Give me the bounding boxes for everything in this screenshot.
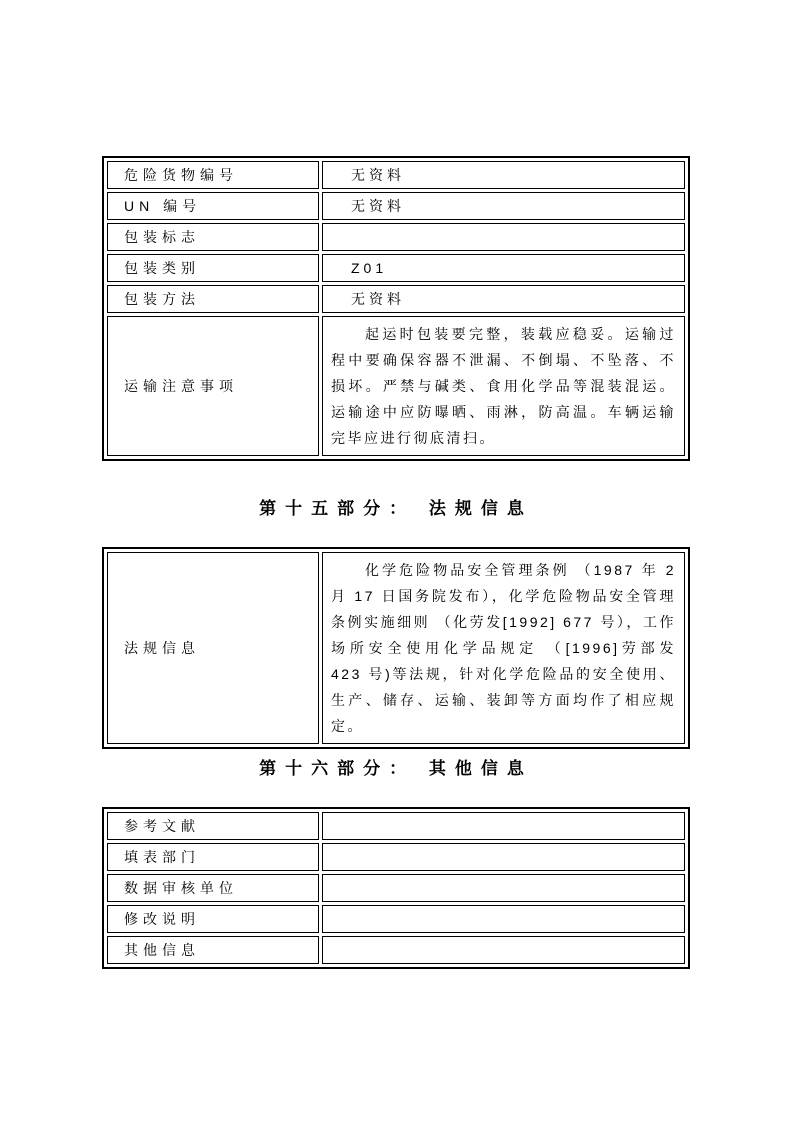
- row-label-packaging-method: 包装方法: [107, 285, 319, 313]
- table-row: 填表部门: [107, 843, 685, 871]
- table-row: 参考文献: [107, 812, 685, 840]
- row-value-un-number: 无资料: [322, 192, 685, 220]
- row-value-regulatory-info: 化学危险物品安全管理条例 （1987 年 2 月 17 日国务院发布），化学危险…: [322, 552, 685, 744]
- row-label-regulatory-info: 法规信息: [107, 552, 319, 744]
- row-label-packaging-category: 包装类别: [107, 254, 319, 282]
- table-row: 包装类别 Z01: [107, 254, 685, 282]
- row-label-other-info: 其他信息: [107, 936, 319, 964]
- section-15-heading: 第十五部分： 法规信息: [102, 497, 690, 521]
- table-row: 修改说明: [107, 905, 685, 933]
- row-label-data-review-unit: 数据审核单位: [107, 874, 319, 902]
- table-row: 运输注意事项 起运时包装要完整，装载应稳妥。运输过程中要确保容器不泄漏、不倒塌、…: [107, 316, 685, 456]
- row-label-packaging-mark: 包装标志: [107, 223, 319, 251]
- row-value-form-filling-department: [322, 843, 685, 871]
- table-row: 其他信息: [107, 936, 685, 964]
- page-content: 危险货物编号 无资料 UN 编号 无资料 包装标志 包装类别 Z01 包装方法: [102, 156, 690, 969]
- row-value-packaging-category: Z01: [322, 254, 685, 282]
- document-page: 危险货物编号 无资料 UN 编号 无资料 包装标志 包装类别 Z01 包装方法: [0, 0, 793, 1122]
- row-value-packaging-mark: [322, 223, 685, 251]
- regulatory-info-table: 法规信息 化学危险物品安全管理条例 （1987 年 2 月 17 日国务院发布）…: [102, 547, 690, 749]
- row-label-references: 参考文献: [107, 812, 319, 840]
- table-row: 包装方法 无资料: [107, 285, 685, 313]
- transport-info-table: 危险货物编号 无资料 UN 编号 无资料 包装标志 包装类别 Z01 包装方法: [102, 156, 690, 461]
- section-16-heading: 第十六部分： 其他信息: [102, 757, 690, 781]
- row-value-packaging-method: 无资料: [322, 285, 685, 313]
- table-row: UN 编号 无资料: [107, 192, 685, 220]
- row-value-dangerous-goods-number: 无资料: [322, 161, 685, 189]
- row-value-references: [322, 812, 685, 840]
- table-row: 危险货物编号 无资料: [107, 161, 685, 189]
- row-value-transport-precautions: 起运时包装要完整，装载应稳妥。运输过程中要确保容器不泄漏、不倒塌、不坠落、不损坏…: [322, 316, 685, 456]
- row-value-revision-notes: [322, 905, 685, 933]
- row-label-dangerous-goods-number: 危险货物编号: [107, 161, 319, 189]
- row-label-transport-precautions: 运输注意事项: [107, 316, 319, 456]
- row-label-un-number: UN 编号: [107, 192, 319, 220]
- row-label-form-filling-department: 填表部门: [107, 843, 319, 871]
- table-row: 包装标志: [107, 223, 685, 251]
- row-value-data-review-unit: [322, 874, 685, 902]
- row-label-revision-notes: 修改说明: [107, 905, 319, 933]
- table-row: 数据审核单位: [107, 874, 685, 902]
- row-value-other-info: [322, 936, 685, 964]
- other-info-table: 参考文献 填表部门 数据审核单位 修改说明 其他信息: [102, 807, 690, 969]
- table-row: 法规信息 化学危险物品安全管理条例 （1987 年 2 月 17 日国务院发布）…: [107, 552, 685, 744]
